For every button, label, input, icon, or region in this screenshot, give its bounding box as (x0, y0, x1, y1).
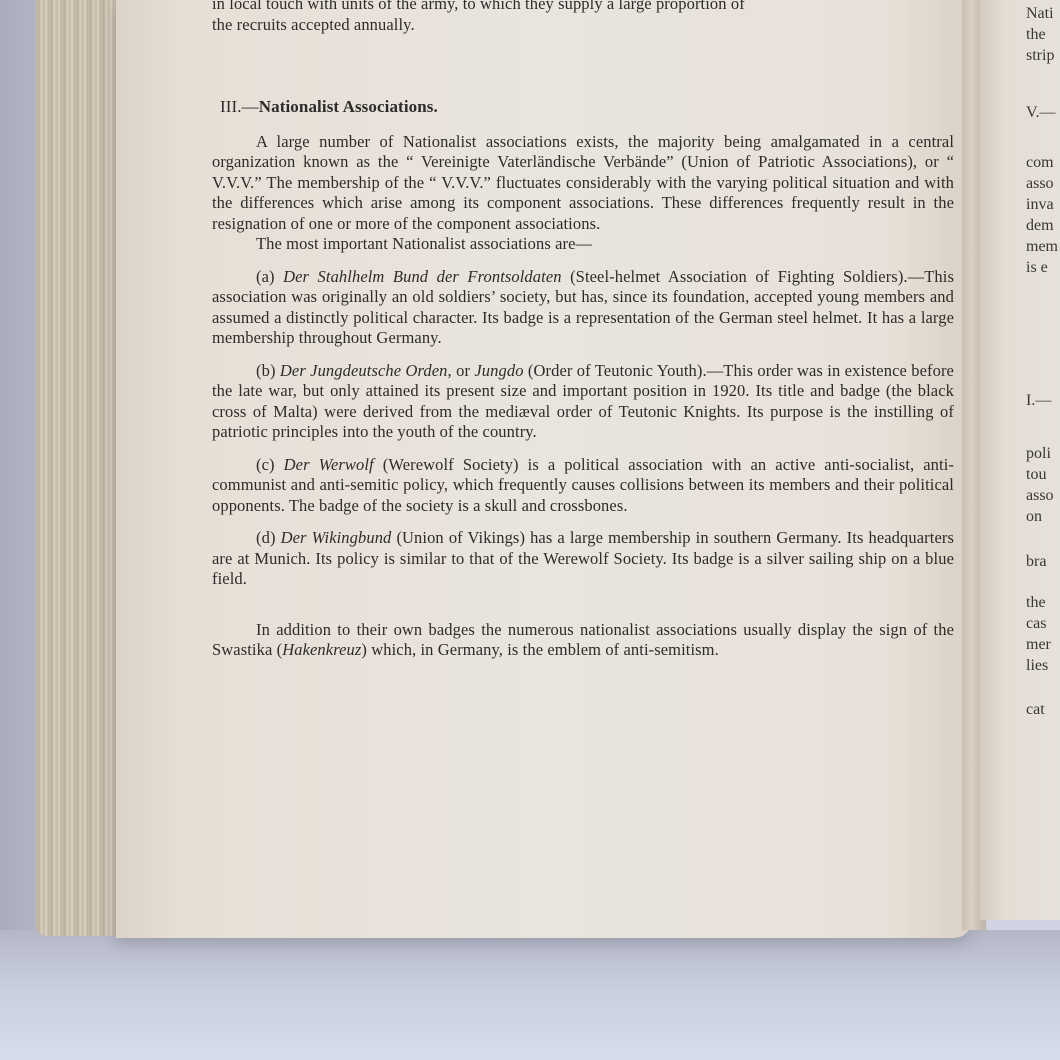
intro-paragraph: A large number of Nationalist associatio… (212, 132, 954, 235)
association-label: (a) (256, 267, 275, 286)
association-name: Der Stahlhelm Bund der Frontsoldaten (283, 267, 561, 286)
closing-italic-term: Hakenkreuz (282, 640, 361, 659)
association-alt-name: Jungdo (474, 361, 523, 380)
closing-text-after: ) which, in Germany, is the emblem of an… (361, 640, 718, 659)
carryover-text: in local touch with units of the army, t… (212, 0, 745, 13)
right-page-fragment: cat (1026, 701, 1045, 719)
right-page-fragment: Nati (1026, 5, 1054, 23)
carryover-line-2: the recruits accepted annually. (212, 15, 954, 36)
association-d: (d) Der Wikingbund (Union of Vikings) ha… (212, 528, 954, 590)
carryover-text: the recruits accepted annually. (212, 15, 415, 34)
closing-paragraph: In addition to their own badges the nume… (212, 620, 954, 661)
association-c: (c) Der Werwolf (Werewolf Society) is a … (212, 455, 954, 517)
right-page-fragment: poli (1026, 445, 1051, 463)
list-intro: The most important Nationalist associati… (212, 234, 954, 255)
right-page-fragment: tou (1026, 466, 1046, 484)
right-page-fragment: V.— (1026, 104, 1056, 122)
right-page-fragment: mer (1026, 636, 1051, 654)
left-page-text: in local touch with units of the army, t… (212, 0, 954, 661)
section-title: Nationalist Associations. (259, 97, 438, 116)
right-page-fragment: the (1026, 26, 1046, 44)
right-page-fragment: cas (1026, 615, 1046, 633)
carryover-line-1: in local touch with units of the army, t… (212, 0, 954, 15)
right-page-fragment: lies (1026, 657, 1048, 675)
right-page-fragment: asso (1026, 175, 1054, 193)
right-page-fragment: inva (1026, 196, 1054, 214)
association-name: Der Wikingbund (281, 528, 392, 547)
right-page-fragment: on (1026, 508, 1042, 526)
right-page-fragment: I.— (1026, 392, 1051, 410)
section-heading: III.—Nationalist Associations. (220, 97, 954, 118)
association-connector: , or (448, 361, 475, 380)
association-b: (b) Der Jungdeutsche Orden, or Jungdo (O… (212, 361, 954, 443)
association-name: Der Werwolf (284, 455, 374, 474)
association-label: (d) (256, 528, 276, 547)
right-page-fragment: dem (1026, 217, 1054, 235)
right-page-fragment: is e (1026, 259, 1048, 277)
association-a: (a) Der Stahlhelm Bund der Frontsoldaten… (212, 267, 954, 349)
cloth-background-bottom (0, 930, 1060, 1060)
right-page-fragment: strip (1026, 47, 1054, 65)
association-label: (b) (256, 361, 276, 380)
right-page-fragment: mem (1026, 238, 1058, 256)
right-page-fragment: bra (1026, 553, 1046, 571)
right-page-fragment: asso (1026, 487, 1054, 505)
right-page-fragment: com (1026, 154, 1054, 172)
association-name: Der Jungdeutsche Orden (280, 361, 448, 380)
page-edges (36, 0, 122, 936)
right-page-fragment: the (1026, 594, 1046, 612)
section-number: III.— (220, 97, 259, 116)
association-label: (c) (256, 455, 275, 474)
